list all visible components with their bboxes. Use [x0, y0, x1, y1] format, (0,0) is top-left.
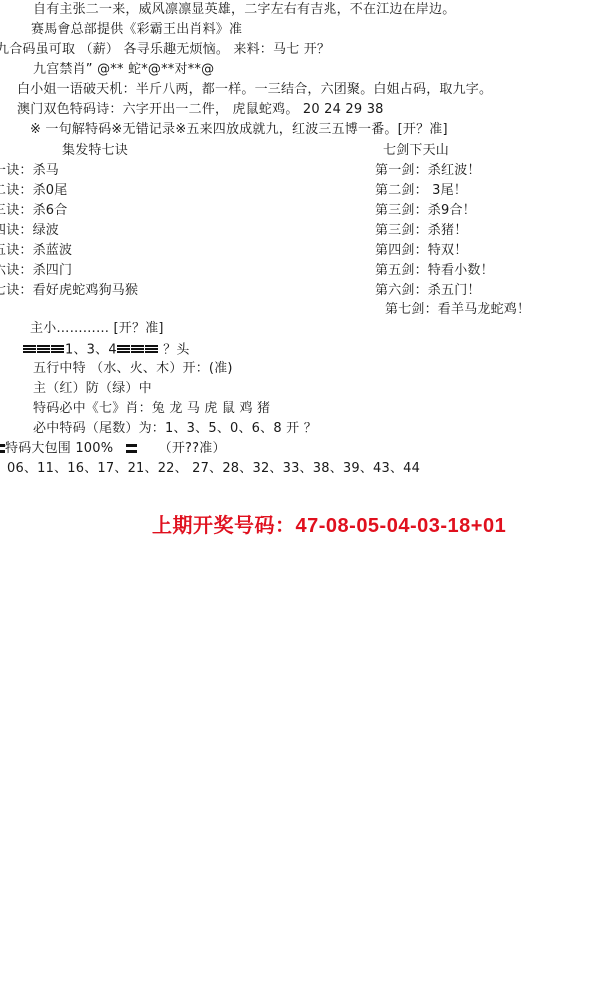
triple-bar-icon [117, 342, 159, 358]
main-small-line: 主小………… [开？准] [30, 321, 164, 337]
nine-palace-line: 九宫禁肖” @** 蛇*@**对**@ [33, 62, 214, 78]
left-column-title: 集发特七诀 [62, 143, 128, 159]
big-pack-label: 特码大包围 100% [5, 441, 113, 456]
right-column-item: 第七剑：看羊马龙蛇鸡！ [385, 302, 530, 318]
macau-poem-line: 澳门双色特码诗：六字开出一二件， 虎鼠蛇鸡。 20 24 29 38 [17, 102, 384, 118]
big-pack-numbers: 06、11、16、17、21、22、 27、28、32、33、38、39、43、… [7, 461, 420, 477]
right-column-item: 第二剑： 3尾！ [375, 183, 467, 199]
left-column-item: 二诀：杀0尾 [0, 183, 67, 199]
right-column-item: 第六剑：杀五门！ [375, 283, 481, 299]
head-number-line: 1、3、4 ？头 [23, 342, 190, 359]
right-column-title: 七剑下天山 [383, 143, 449, 159]
right-column-item: 第一剑：杀红波！ [375, 163, 481, 179]
left-column-item: 三诀：杀6合 [0, 203, 67, 219]
head-suffix: ？头 [159, 343, 190, 358]
last-draw-line: 上期开奖号码：47-08-05-04-03-18+01 [152, 513, 506, 539]
last-draw-label: 上期开奖号码： [152, 515, 296, 537]
left-column-item: 五诀：杀蓝波 [0, 243, 72, 259]
intro-poem-line: 自有主张二一来，威风凛凛显英雄，二字左右有吉兆，不在江边在岸边。 [33, 2, 455, 18]
right-column-item: 第三剑：杀猪！ [375, 223, 467, 239]
left-column-item: 六诀：杀四门 [0, 263, 72, 279]
big-pack-suffix: （开??准） [159, 441, 226, 456]
zodiac-line: 特码必中《七》肖：兔 龙 马 虎 鼠 鸡 猪 [33, 401, 270, 417]
source-title-line: 赛馬會总部提供《彩霸王出肖料》准 [31, 22, 242, 38]
one-phrase-line: ※ 一句解特码※无错记录※五来四放成就九，红波三五博一番。[开？准] [30, 122, 448, 138]
right-column-item: 第五剑：特看小数！ [375, 263, 494, 279]
big-pack-line: 特码大包围 100% （开??准） [0, 441, 226, 457]
tail-numbers-line: 必中特码（尾数）为：1、3、5、0、6、8 开 ？ [33, 421, 317, 437]
nine-combo-line: 九合码虽可取 （薪） 各寻乐趣无烦恼。 来料：马七 开？ [0, 42, 330, 58]
left-column-item: 一诀：杀马 [0, 163, 59, 179]
red-green-line: 主（红）防（绿）中 [33, 381, 152, 397]
left-column-item: 四诀：绿波 [0, 223, 59, 239]
triple-bar-icon [23, 342, 65, 358]
five-elements-line: 五行中特 （水、火、木）开：(准) [33, 361, 233, 377]
miss-bai-line: 白小姐一语破天机：半斤八两，都一样。一三结合，六团聚。白姐占码，取九字。 [17, 82, 492, 98]
double-bar-icon [126, 444, 137, 453]
last-draw-numbers: 47-08-05-04-03-18+01 [296, 515, 507, 537]
head-numbers: 1、3、4 [65, 343, 117, 358]
left-column-item: 七诀：看好虎蛇鸡狗马猴 [0, 283, 138, 299]
right-column-item: 第三剑：杀9合！ [375, 203, 476, 219]
right-column-item: 第四剑：特双！ [375, 243, 467, 259]
